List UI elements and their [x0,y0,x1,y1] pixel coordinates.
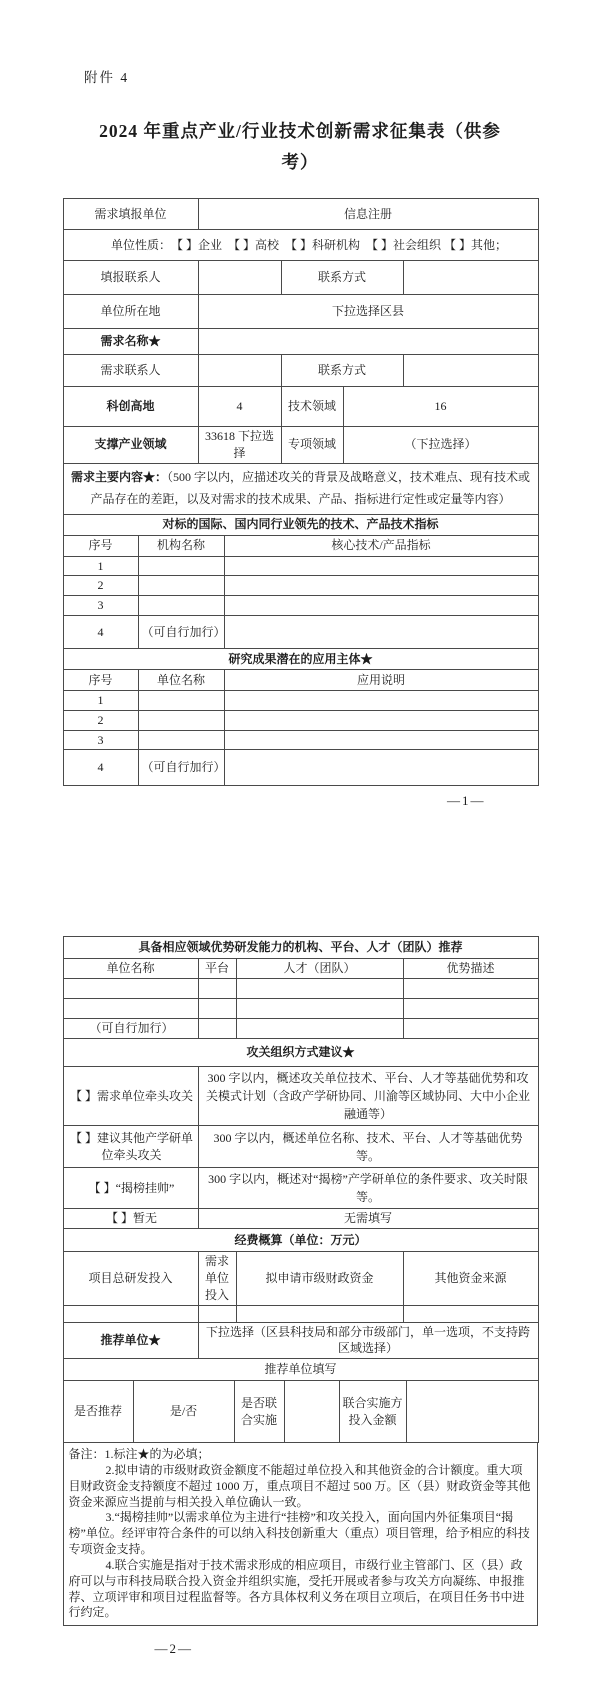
filler-contact-method-value-cell [403,261,538,295]
benchmark-row-no: 1 [63,556,138,576]
recommender-joint-amount-value-cell [406,1381,538,1443]
benchmark-org-cell [138,556,224,576]
recommender-value: 下拉选择（区县科技局和部分市级部门，单一选项，不支持跨区域选择） [198,1322,538,1359]
budget-col-other-fund: 其他资金来源 [403,1252,538,1305]
benchmark-org-cell [138,576,224,596]
application-title: 研究成果潜在的应用主体★ [63,648,538,669]
application-row-no: 2 [63,710,138,730]
demand-unit-label: 需求填报单位 [63,199,198,230]
budget-col-city-fund: 拟申请市级财政资金 [236,1252,403,1305]
notes-label: 备注： [69,1447,105,1461]
benchmark-core-cell [224,576,538,596]
recommend-col-talent: 人才（团队） [236,959,403,979]
recommend-table: 具备相应领域优势研发能力的机构、平台、人才（团队）推荐 单位名称 平台 人才（团… [63,936,539,1039]
organization-table: 攻关组织方式建议★ 【 】需求单位牵头攻关 300 字以内，概述攻关单位技术、平… [63,1038,539,1229]
budget-col-unit-input: 需求单位投入 [198,1252,236,1305]
note-item-4: 4.联合实施是指对于技术需求形成的相应项目，市级行业主管部门、区（县）政府可以与… [69,1558,532,1621]
document-title: 2024 年重点产业/行业技术创新需求征集表（供参考） [88,116,512,178]
application-row-no: 1 [63,690,138,710]
demand-unit-value: 信息注册 [198,199,538,230]
org-option-lead-by-demand-unit-desc: 300 字以内，概述攻关单位技术、平台、人才等基础优势和攻关模式计划（含政产学研… [198,1067,538,1126]
benchmark-title: 对标的国际、国内同行业领先的技术、产品技术指标 [63,514,538,535]
application-col-desc: 应用说明 [224,669,538,690]
page-2-number: —2— [63,1641,538,1657]
recommend-col-platform: 平台 [198,959,236,979]
application-add-row-hint: （可自行加行） [138,750,224,786]
application-row-no: 4 [63,750,138,786]
benchmark-row-no: 4 [63,615,138,648]
recommend-talent-cell [236,999,403,1019]
recommender-label: 推荐单位★ [63,1322,198,1359]
recommend-talent-cell [236,1019,403,1039]
special-field-label: 专项领域 [281,427,343,464]
recommender-col-joint: 是否联合实施 [234,1381,284,1443]
recommend-platform-cell [198,979,236,999]
recommender-table: 推荐单位★ 下拉选择（区县科技局和部分市级部门，单一选项，不支持跨区域选择） [63,1322,539,1360]
page-1-number: —1— [63,793,538,809]
application-desc-cell [224,730,538,750]
recommend-unit-cell [63,999,198,1019]
org-option-other-unit-lead: 【 】建议其他产学研单位牵头攻关 [63,1126,198,1168]
application-table: 研究成果潜在的应用主体★ 序号 单位名称 应用说明 1 2 3 [63,648,539,786]
attachment-label: 附件 4 [84,66,600,86]
demand-contact-label: 需求联系人 [63,355,198,387]
budget-total-cell [63,1305,198,1322]
filler-contact-method-label: 联系方式 [281,261,403,295]
recommend-col-unit: 单位名称 [63,959,198,979]
demand-contact-method-value-cell [403,355,538,387]
application-col-no: 序号 [63,669,138,690]
recommender-yes-no: 是/否 [133,1381,234,1443]
form-sheet-2: 具备相应领域优势研发能力的机构、平台、人才（团队）推荐 单位名称 平台 人才（团… [63,936,538,1657]
budget-col-total: 项目总研发投入 [63,1252,198,1305]
budget-unit-input-cell [198,1305,236,1322]
application-row-no: 3 [63,730,138,750]
demand-name-label: 需求名称★ [63,329,198,355]
recommend-advantage-cell [403,979,538,999]
org-option-unveil-list: 【 】“揭榜挂帅” [63,1168,198,1209]
benchmark-col-no: 序号 [63,535,138,556]
application-unit-cell [138,690,224,710]
filler-contact-label: 填报联系人 [63,261,198,295]
benchmark-table: 对标的国际、国内同行业领先的技术、产品技术指标 序号 机构名称 核心技术/产品指… [63,514,539,649]
benchmark-core-cell [224,615,538,648]
benchmark-core-cell [224,556,538,576]
benchmark-row-no: 2 [63,576,138,596]
industry-value: 33618 下拉选择 [198,427,281,464]
recommender-col-joint-amount: 联合实施方投入金额 [339,1381,406,1443]
notes-cell: 备注：1.标注★的为必填； 2.拟申请的市级财政资金额度不能超过单位投入和其他资… [63,1443,537,1626]
filler-contact-value-cell [198,261,281,295]
recommend-add-row-hint: （可自行加行） [63,1019,198,1039]
application-desc-cell [224,690,538,710]
org-option-none: 【 】暂无 [63,1209,198,1229]
main-content-row: 需求主要内容★：（500 字以内，应描述攻关的背景及战略意义，技术难点、现有技术… [63,463,538,514]
budget-other-fund-cell [403,1305,538,1322]
application-desc-cell [224,750,538,786]
budget-city-fund-cell [236,1305,403,1322]
org-option-lead-by-demand-unit: 【 】需求单位牵头攻关 [63,1067,198,1126]
basic-info-table: 需求填报单位 信息注册 单位性质： 【 】企业 【 】高校 【 】科研机构 【 … [63,198,539,515]
tech-field-label: 技术领域 [281,387,343,427]
recommend-platform-cell [198,1019,236,1039]
recommend-unit-cell [63,979,198,999]
note-line-1: 备注：1.标注★的为必填； [69,1447,532,1463]
page-2: 具备相应领域优势研发能力的机构、平台、人才（团队）推荐 单位名称 平台 人才（团… [0,936,600,1657]
recommend-talent-cell [236,979,403,999]
form-sheet-1: 需求填报单位 信息注册 单位性质： 【 】企业 【 】高校 【 】科研机构 【 … [63,198,538,809]
benchmark-col-org: 机构名称 [138,535,224,556]
note-item-2: 2.拟申请的市级财政资金额度不能超过单位投入和其他资金的合计额度。重大项目财政资… [69,1463,532,1510]
recommender-joint-value-cell [284,1381,339,1443]
budget-title: 经费概算（单位：万元） [63,1229,538,1252]
application-col-unit: 单位名称 [138,669,224,690]
application-unit-cell [138,730,224,750]
demand-contact-value-cell [198,355,281,387]
page-1: 附件 4 2024 年重点产业/行业技术创新需求征集表（供参考） 需求填报单位 … [0,66,600,809]
organization-title: 攻关组织方式建议★ [63,1039,538,1067]
recommender-fill-title: 推荐单位填写 [63,1359,538,1381]
special-field-value: （下拉选择） [343,427,538,464]
org-option-other-unit-lead-desc: 300 字以内，概述单位名称、技术、平台、人才等基础优势等。 [198,1126,538,1168]
unit-location-label: 单位所在地 [63,295,198,329]
main-content-label: 需求主要内容★： [71,470,167,484]
unit-nature-row: 单位性质： 【 】企业 【 】高校 【 】科研机构 【 】社会组织 【 】其他； [63,230,538,261]
note-item-1: 1.标注★的为必填； [105,1447,210,1461]
benchmark-org-cell [138,596,224,616]
benchmark-row-no: 3 [63,596,138,616]
org-option-unveil-list-desc: 300 字以内，概述对“揭榜”产学研单位的条件要求、攻关时限等。 [198,1168,538,1209]
tech-field-value: 16 [343,387,538,427]
benchmark-core-cell [224,596,538,616]
recommend-platform-cell [198,999,236,1019]
note-item-3: 3.“揭榜挂帅”以需求单位为主进行“挂榜”和攻关投入，面向国内外征集项目“揭榜”… [69,1510,532,1557]
unit-location-value: 下拉选择区县 [198,295,538,329]
application-desc-cell [224,710,538,730]
demand-name-value-cell [198,329,538,355]
budget-table: 经费概算（单位：万元） 项目总研发投入 需求单位投入 拟申请市级财政资金 其他资… [63,1228,539,1322]
recommender-fill-table: 推荐单位填写 是否推荐 是/否 是否联合实施 联合实施方投入金额 [63,1358,539,1443]
org-option-none-desc: 无需填写 [198,1209,538,1229]
recommender-col-is-recommend: 是否推荐 [63,1381,133,1443]
benchmark-add-row-hint: （可自行加行） [138,615,224,648]
notes-table: 备注：1.标注★的为必填； 2.拟申请的市级财政资金额度不能超过单位投入和其他资… [63,1442,538,1626]
application-unit-cell [138,710,224,730]
sci-highland-label: 科创高地 [63,387,198,427]
benchmark-col-core: 核心技术/产品指标 [224,535,538,556]
sci-highland-value: 4 [198,387,281,427]
demand-contact-method-label: 联系方式 [281,355,403,387]
recommend-col-advantage: 优势描述 [403,959,538,979]
recommend-advantage-cell [403,999,538,1019]
industry-label: 支撑产业领域 [63,427,198,464]
recommend-advantage-cell [403,1019,538,1039]
recommend-title: 具备相应领域优势研发能力的机构、平台、人才（团队）推荐 [63,937,538,959]
